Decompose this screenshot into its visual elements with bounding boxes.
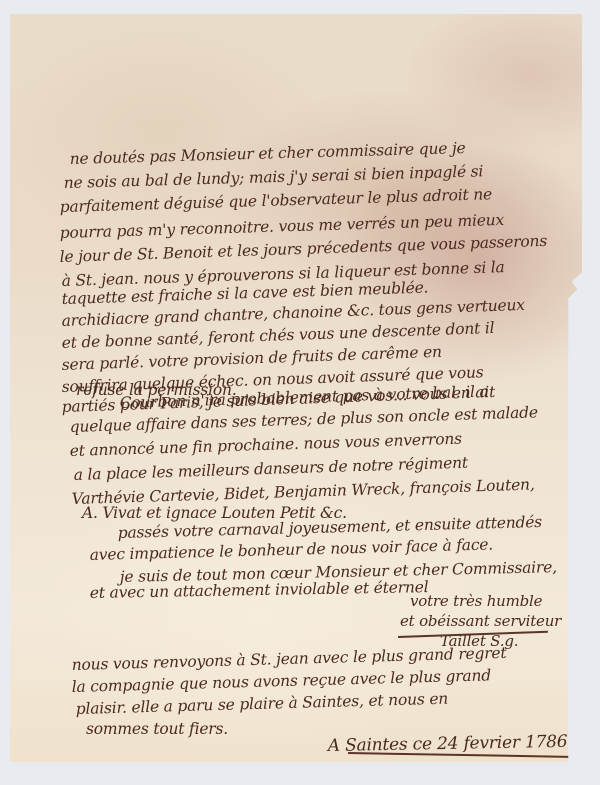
closing-line: votre très humble xyxy=(410,592,542,610)
postscript-line: sommes tout fiers. xyxy=(86,720,228,738)
letter-page: ne doutés pas Monsieur et cher commissai… xyxy=(10,14,582,762)
closing-line: et obéissant serviteur xyxy=(400,612,561,630)
